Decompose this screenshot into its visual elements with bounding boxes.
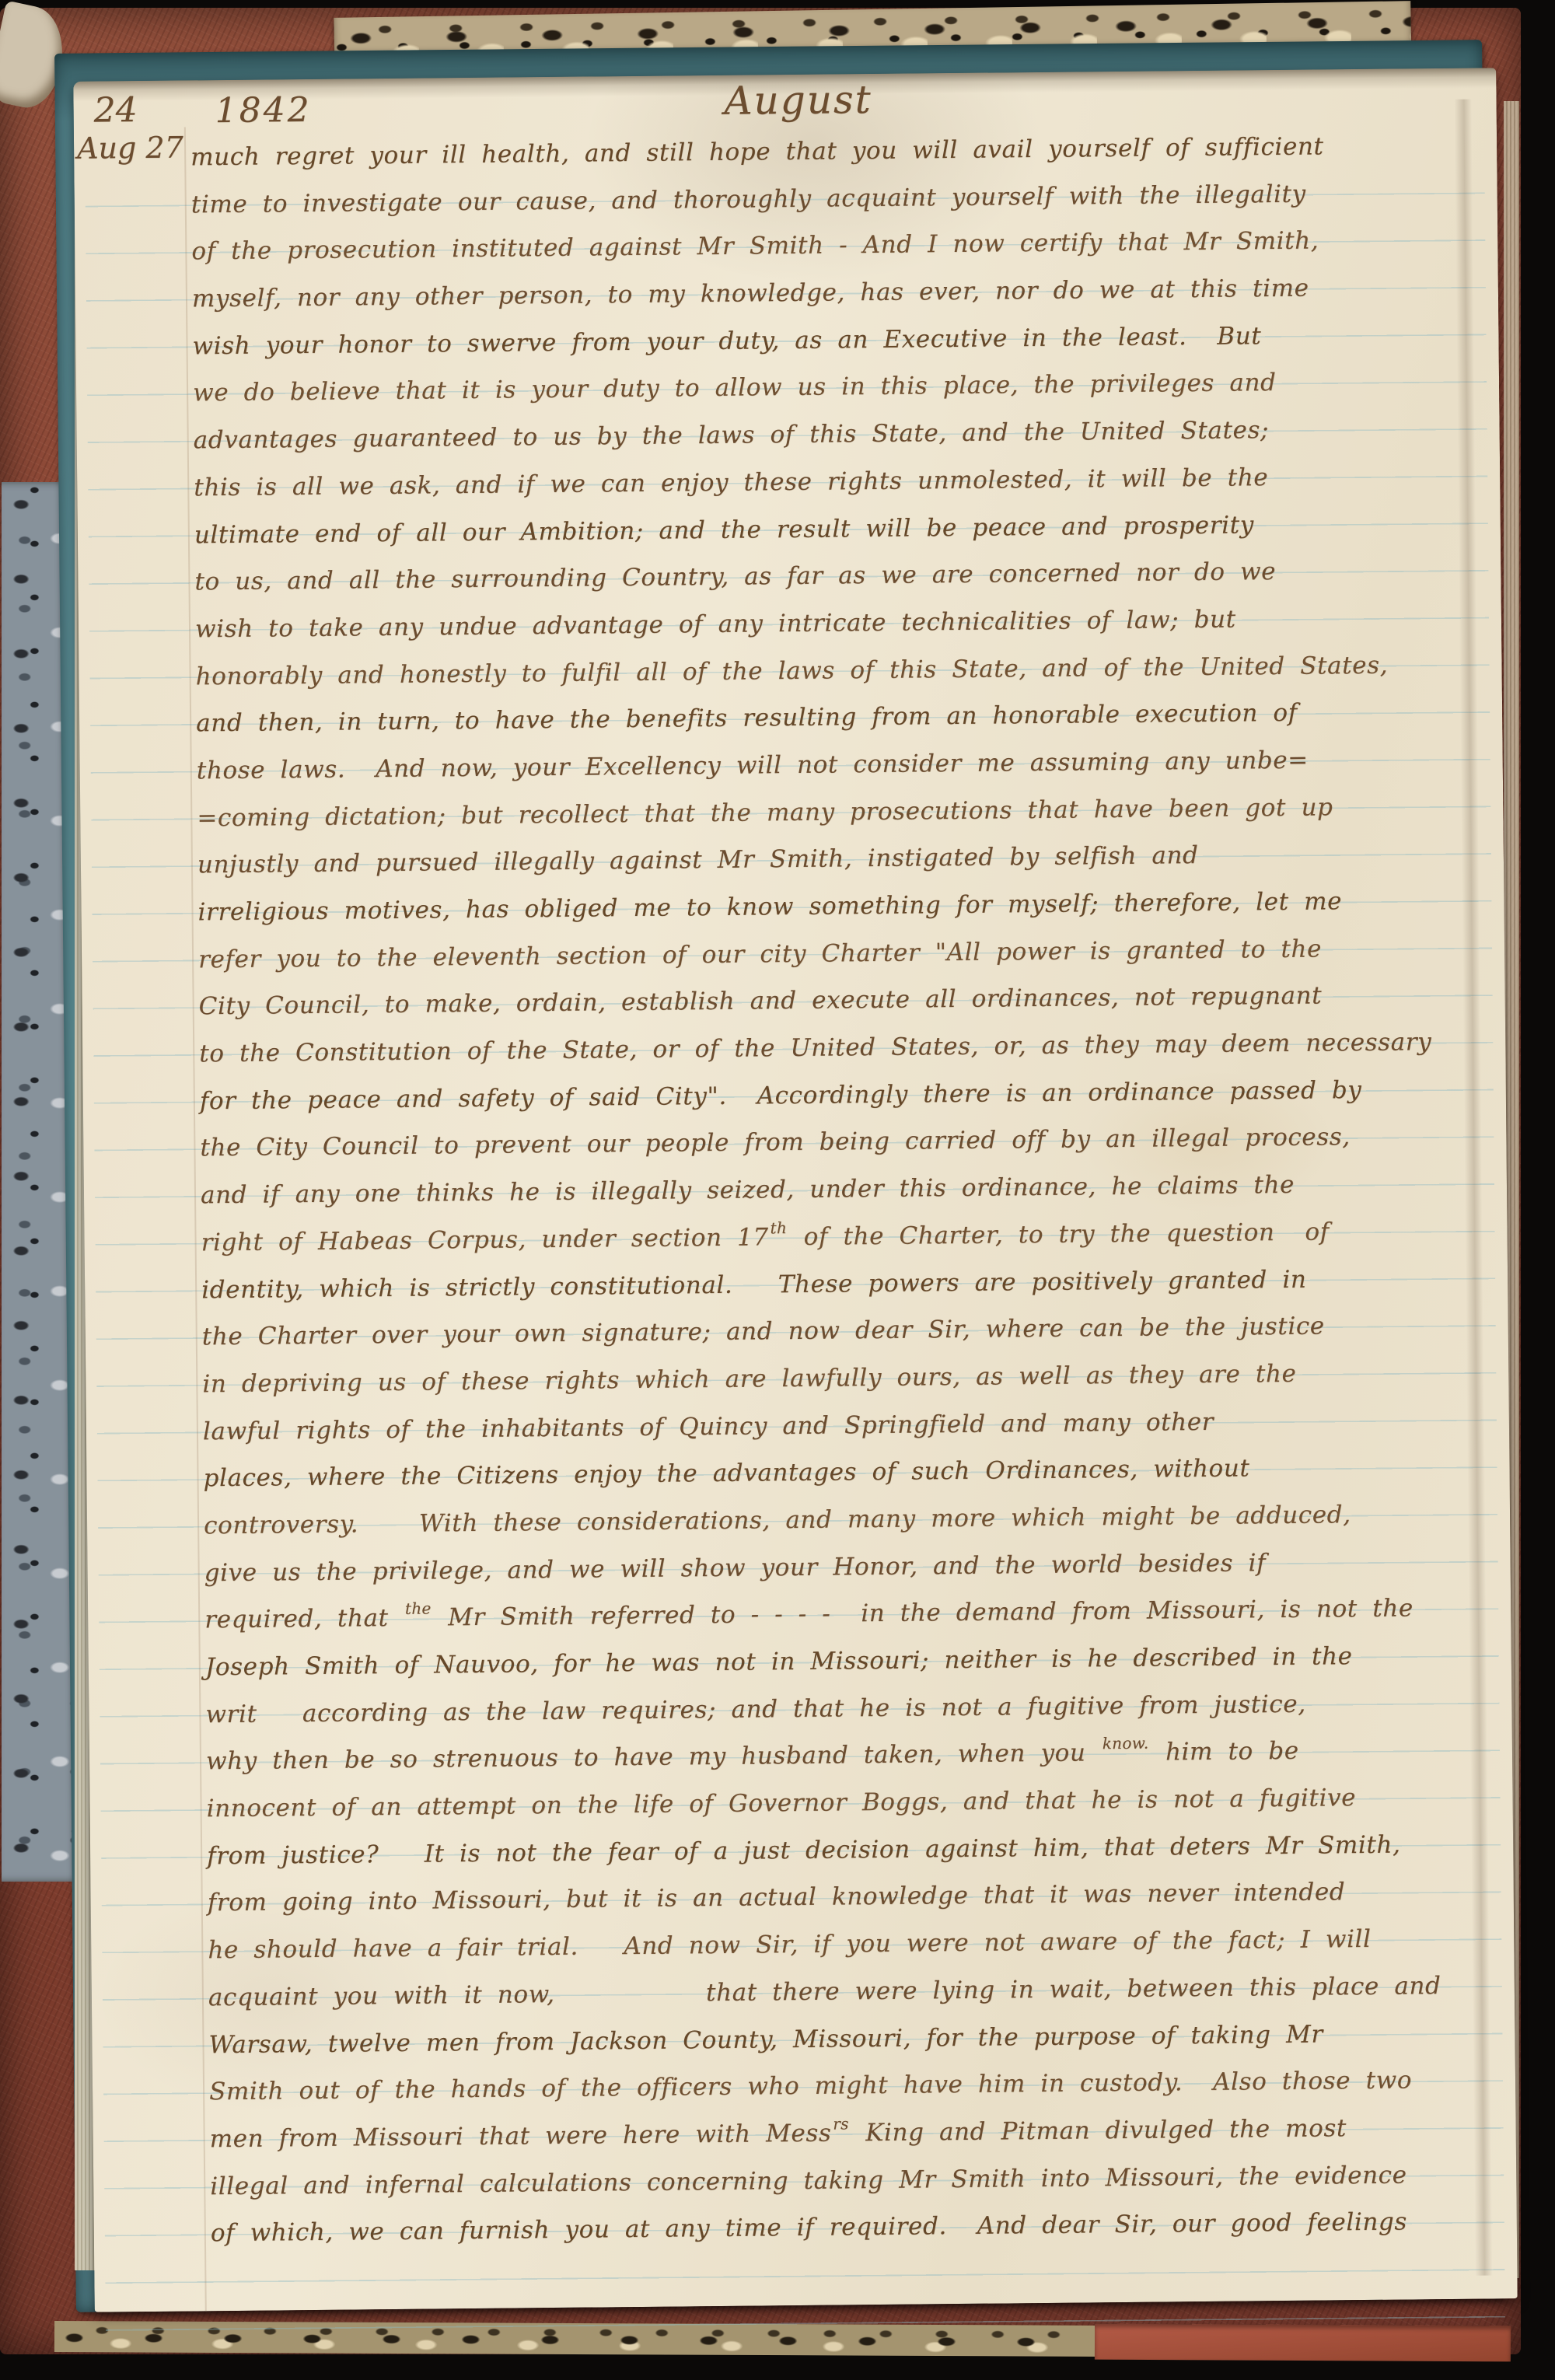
- manuscript-page: 24 1842 August Aug 27 much regret your i…: [73, 68, 1517, 2312]
- leather-bottom-edge: [1095, 2324, 1511, 2362]
- year-heading: 1842: [215, 90, 311, 131]
- month-heading: August: [673, 76, 923, 124]
- inserted-word: th: [770, 1204, 787, 1252]
- inserted-word: the: [405, 1585, 432, 1633]
- scanned-journal-photo: 24 1842 August Aug 27 much regret your i…: [0, 0, 1555, 2380]
- page-number: 24: [93, 90, 137, 131]
- manuscript-text: much regret your ill health, and still h…: [190, 121, 1506, 2257]
- marbled-endpaper-bottom-icon: [54, 2321, 1104, 2357]
- inserted-word: rs: [833, 2100, 849, 2148]
- margin-date: Aug 27: [77, 130, 183, 165]
- inserted-word: know.: [1102, 1720, 1148, 1767]
